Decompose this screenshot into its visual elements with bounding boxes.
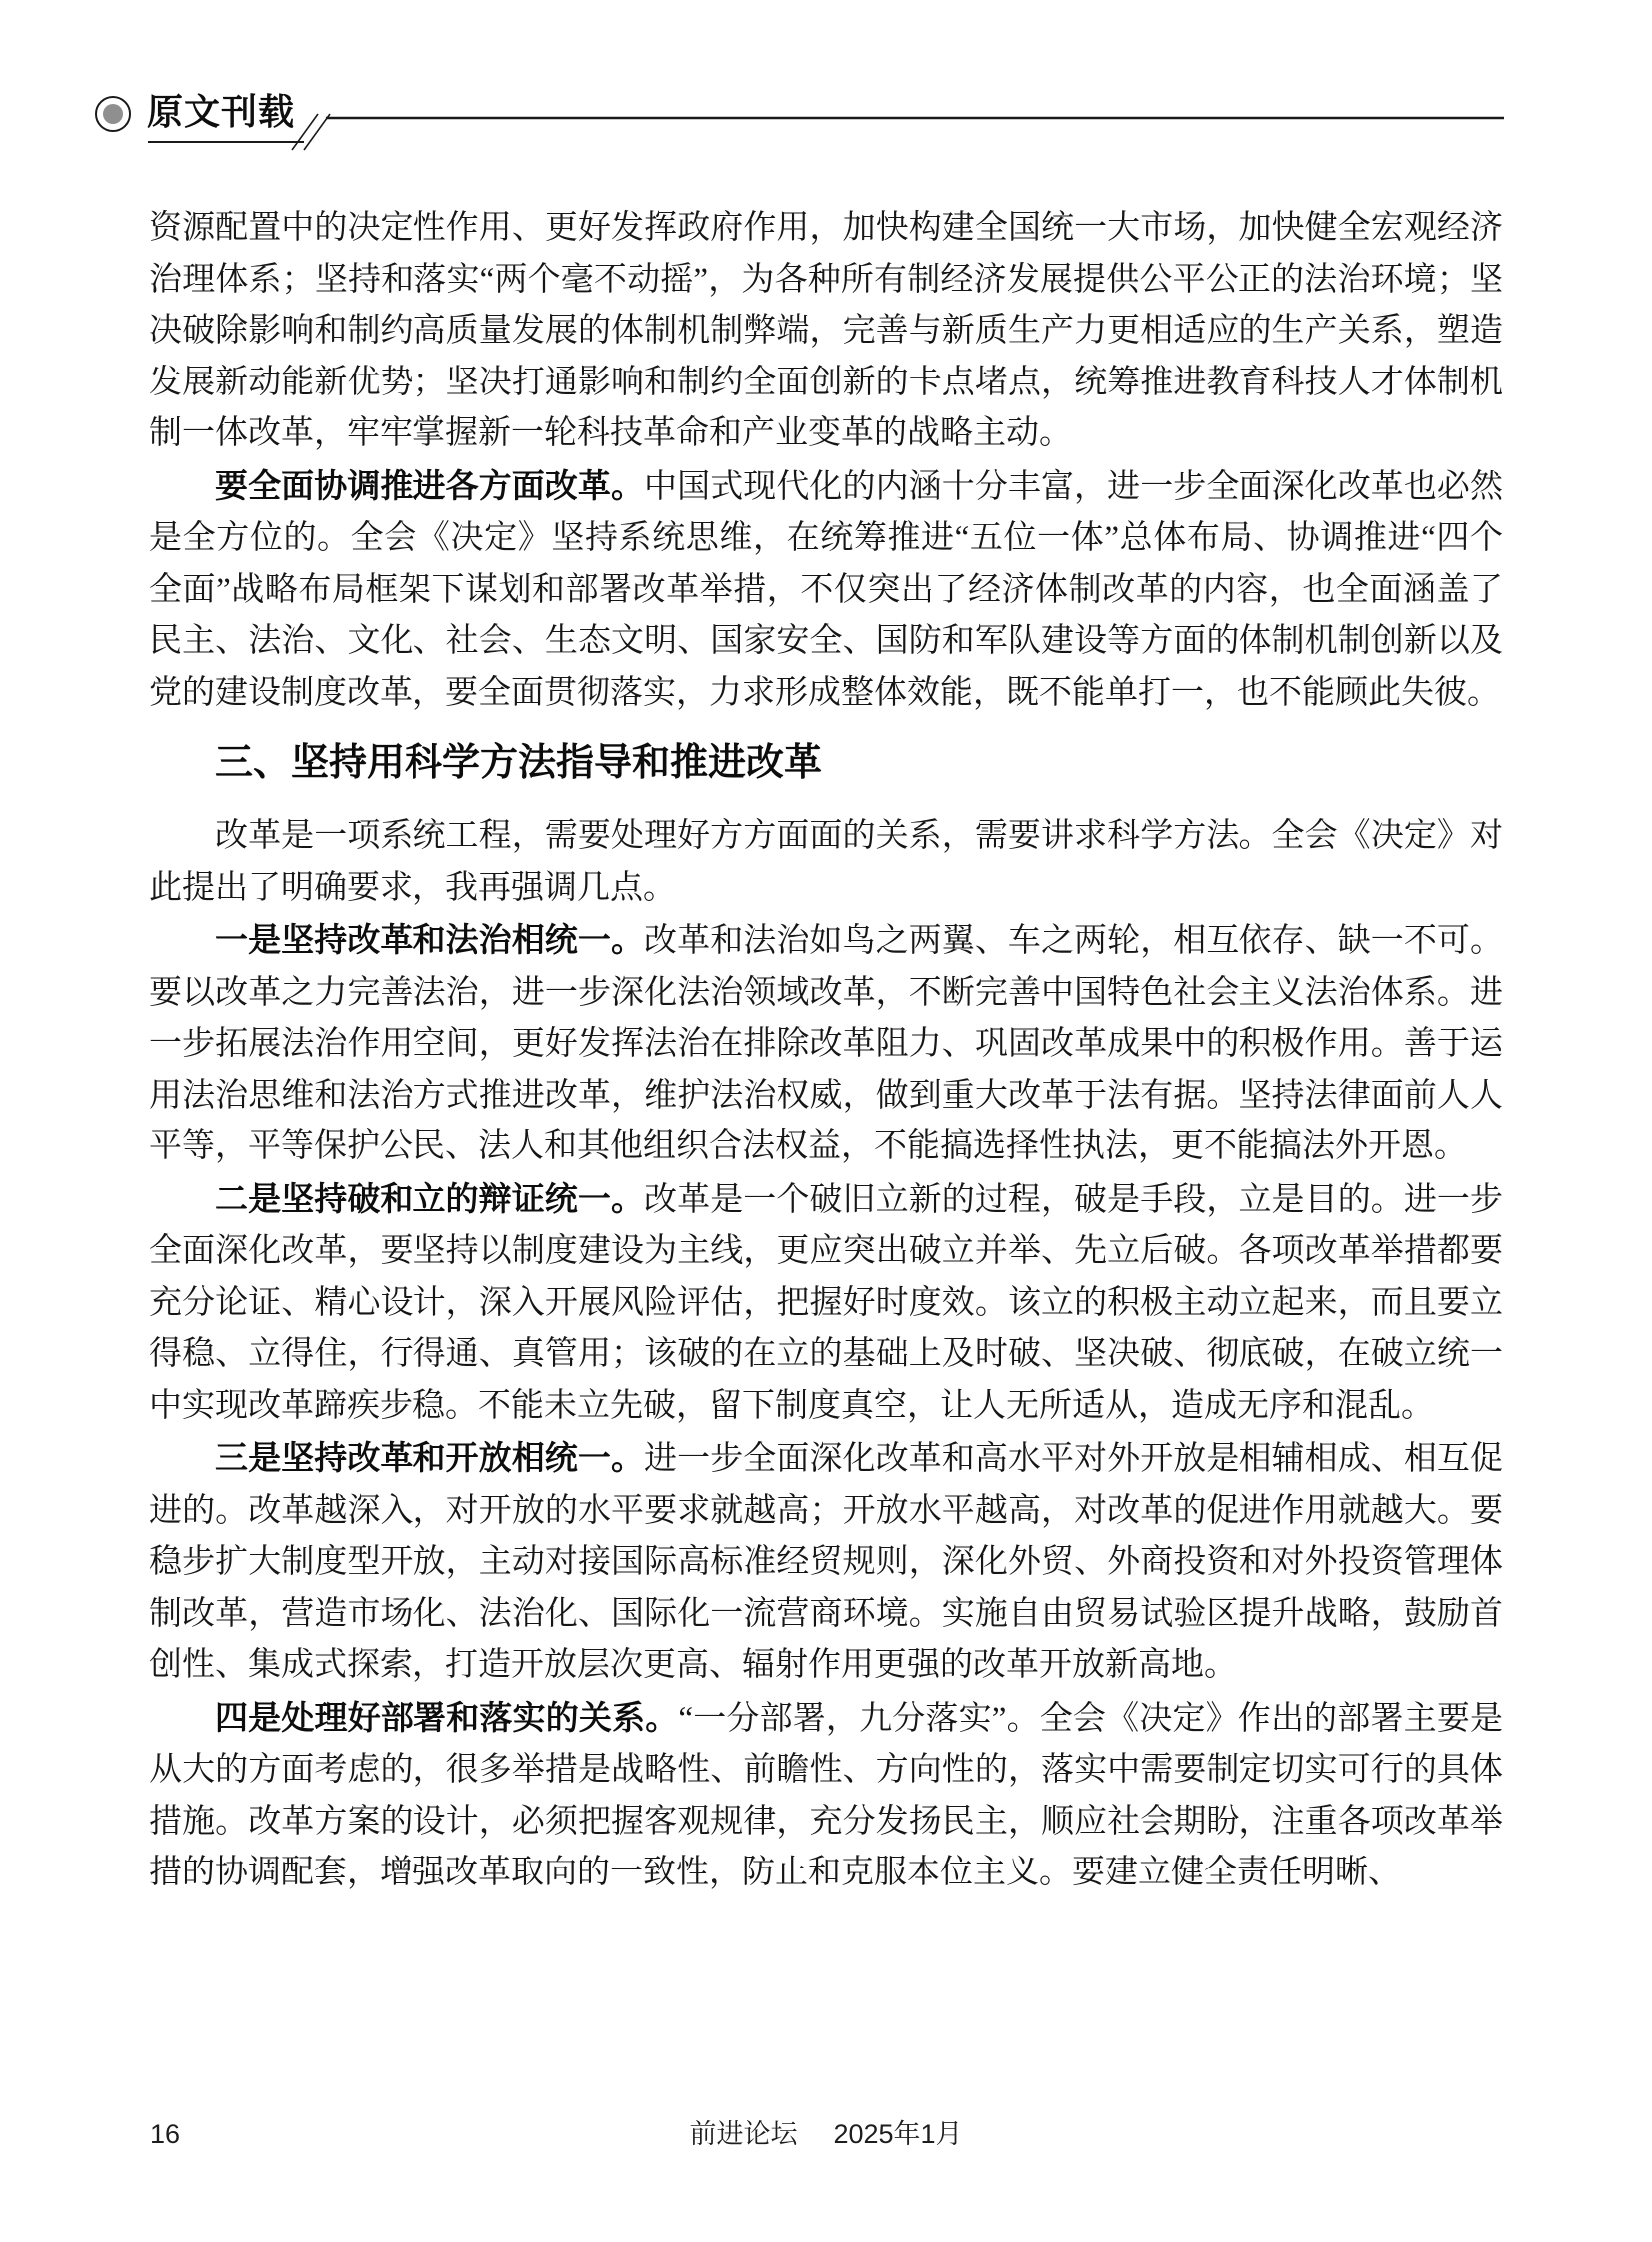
page-footer: 16 前进论坛2025年1月: [0, 2117, 1652, 2157]
paragraph-lead: 二是坚持破和立的辩证统一。: [215, 1180, 644, 1217]
paragraph-lead: 一是坚持改革和法治相统一。: [215, 921, 644, 958]
paragraph-lead: 要全面协调推进各方面改革。: [215, 467, 644, 504]
paragraph-text: 改革是一项系统工程，需要处理好方方面面的关系，需要讲求科学方法。全会《决定》对此…: [149, 818, 1503, 906]
paragraph-lead: 四是处理好部署和落实的关系。: [215, 1699, 678, 1736]
paragraph: 二是坚持破和立的辩证统一。改革是一个破旧立新的过程，破是手段，立是目的。进一步全…: [149, 1173, 1503, 1433]
footer-center: 前进论坛2025年1月: [0, 2117, 1652, 2151]
paragraph: 一是坚持改革和法治相统一。改革和法治如鸟之两翼、车之两轮，相互依存、缺一不可。要…: [149, 914, 1503, 1173]
paragraph: 资源配置中的决定性作用、更好发挥政府作用，加快构建全国统一大市场，加快健全宏观经…: [149, 203, 1503, 460]
paragraph-text: 中国式现代化的内涵十分丰富，进一步全面深化改革也必然是全方位的。全会《决定》坚持…: [149, 469, 1503, 711]
bullseye-icon: [95, 96, 131, 132]
paragraph-text: 改革是一个破旧立新的过程，破是手段，立是目的。进一步全面深化改革，要坚持以制度建…: [149, 1182, 1503, 1424]
footer-journal-name: 前进论坛: [689, 2119, 797, 2149]
paragraph: 要全面协调推进各方面改革。中国式现代化的内涵十分丰富，进一步全面深化改革也必然是…: [149, 460, 1503, 720]
paragraph: 四是处理好部署和落实的关系。“一分部署，九分落实”。全会《决定》作出的部署主要是…: [149, 1692, 1503, 1899]
paragraph-text: 进一步全面深化改革和高水平对外开放是相辅相成、相互促进的。改革越深入，对开放的水…: [149, 1441, 1503, 1683]
footer-issue-date: 2025年1月: [833, 2119, 962, 2149]
paragraph-lead: 三是坚持改革和开放相统一。: [215, 1439, 644, 1476]
header-rule-line: [146, 106, 1506, 154]
paragraph-text: 资源配置中的决定性作用、更好发挥政府作用，加快构建全国统一大市场，加快健全宏观经…: [149, 210, 1503, 451]
paragraph: 改革是一项系统工程，需要处理好方方面面的关系，需要讲求科学方法。全会《决定》对此…: [149, 811, 1503, 914]
bullseye-dot: [103, 104, 123, 124]
article-body: 资源配置中的决定性作用、更好发挥政府作用，加快构建全国统一大市场，加快健全宏观经…: [149, 203, 1503, 1899]
page: 原文刊载 资源配置中的决定性作用、更好发挥政府作用，加快构建全国统一大市场，加快…: [0, 0, 1652, 2242]
paragraph-text: 改革和法治如鸟之两翼、车之两轮，相互依存、缺一不可。要以改革之力完善法治，进一步…: [149, 923, 1503, 1164]
section-heading: 三、坚持用科学方法指导和推进改革: [215, 740, 1503, 786]
paragraph: 三是坚持改革和开放相统一。进一步全面深化改革和高水平对外开放是相辅相成、相互促进…: [149, 1432, 1503, 1692]
